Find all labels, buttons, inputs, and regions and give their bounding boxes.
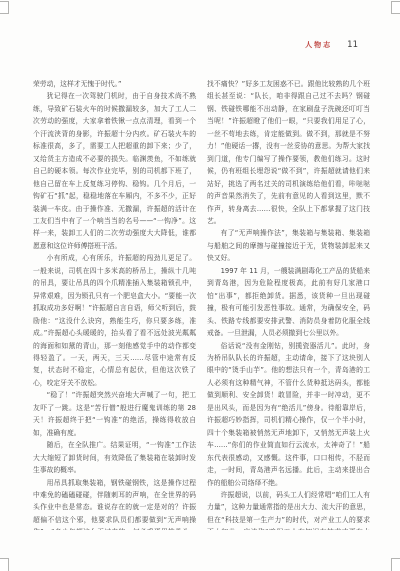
paragraph: 用吊具抓取集装箱，钢铁碰钢铁，这是操作过程中难免的磕磕碰碰，伴随刺耳的声响，在全…	[33, 477, 196, 531]
paragraph: “稳了！”许振超突然兴奋地大声喊了一句，把工友吓了一跳。这是“苦行僧”般进行魔鬼…	[33, 389, 196, 439]
paragraph: 荣劳动，这样才无愧于时代。”	[33, 78, 196, 90]
page-header: 人物志 11	[305, 40, 358, 50]
trim-mark-bottom-left	[0, 558, 9, 571]
paragraph: 找不痛快？”好多工友困惑不已。跟他比较熟的几个班组长甚至说：“队长，咱非得跟自己…	[207, 78, 370, 227]
trim-mark-top-right	[391, 1, 400, 14]
paragraph: 俗话说“没有金刚钻，别揽瓷器活儿”。此时，身为桥吊队队长的许振超，主动请命，接下…	[207, 340, 370, 489]
paragraph: 犹记得在一次驾驶门机时，由于自身技术尚不熟练，导致矿石装火车的时候撒漏较多，加大…	[33, 90, 196, 252]
scanned-book-page: 人物志 11 荣劳动，这样才无愧于时代。”犹记得在一次驾驶门机时，由于自身技术尚…	[0, 0, 400, 571]
paragraph: 小有所成，心有所乐，许振超的闯劲儿更足了。一般来说，司机在四十多米高的桥吊上，操…	[33, 252, 196, 389]
section-title: 人物志	[305, 40, 332, 50]
paragraph: 随后，在全队推广。结果证明，“一钩准”工作法大大缩短了卸货时间，有效降低了集装箱…	[33, 439, 196, 476]
trim-mark-top-left	[0, 1, 9, 14]
column-left: 荣劳动，这样才无愧于时代。”犹记得在一次驾驶门机时，由于自身技术尚不熟练，导致矿…	[33, 78, 196, 530]
paragraph: 1997 年 11 月，一艘装满剧毒化工产品的货船来到青岛港，因为危险程度极高，…	[207, 265, 370, 340]
trim-mark-bottom-right	[391, 558, 400, 571]
page-number: 11	[347, 40, 358, 50]
column-right: 找不痛快？”好多工友困惑不已。跟他比较熟的几个班组长甚至说：“队长，咱非得跟自己…	[207, 78, 370, 530]
paragraph: 许振超说，以前，码头工人们经常唱“咱们工人有力量”，这种力量通常指的是出大力、流…	[207, 489, 370, 530]
paragraph: 有了“无声响操作法”，集装箱与集装箱、集装箱与船舶之间的摩擦与碰撞接近于无，货物…	[207, 227, 370, 264]
article-body: 荣劳动，这样才无愧于时代。”犹记得在一次驾驶门机时，由于自身技术尚不熟练，导致矿…	[33, 78, 370, 530]
